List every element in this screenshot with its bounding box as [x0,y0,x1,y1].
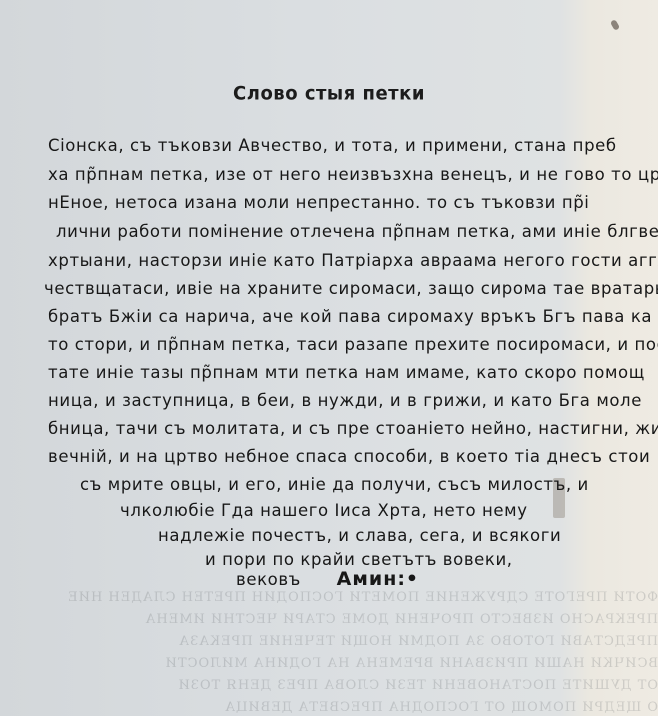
bleed-through-text: ВСИЧКИ НАШИ ПРИЗВАНИ ВРЕМЕНА НА ГОДИНА М… [0,656,658,671]
text-line: братъ Бжіи са нарича, аче кой пава сиром… [48,307,652,326]
text-line: ница, и заступница, в беи, в нужди, и в … [48,391,642,410]
text-line: хртыани, насторзи иніе като Патріарха ав… [48,251,658,270]
bleed-through-text: ПРЕДСТАВИ ГОТОВО ЗА ПОДМИ НОЩИ ТЕЧЕНИЕ П… [0,634,658,649]
closing-mark: :• [397,568,419,590]
closing-line: вековъ Амин:• [236,568,419,590]
bleed-through-text: ФОТИ ПРЕГОТЕ СДРУЖЕНИЕ ПОМЕТИ ГОСПОДИН П… [0,590,658,605]
text-line: и пори по крайи светътъ вовеки, [205,550,513,569]
text-line: Сіонска, съ тъковзи Авчество, и тота, и … [48,136,617,155]
text-line: лични работи помінение отлечена пр̃пнам … [56,222,658,241]
bleed-through-text: ОТ ДУШИТЕ ПОСТАНОВЕНИ ТЕЗИ СЛОВА ПРЕЗ ДЕ… [0,678,658,693]
text-line: тате иніе тазы пр̃пнам мти петка нам има… [48,363,645,382]
manuscript-page: ФОТИ ПРЕГОТЕ СДРУЖЕНИЕ ПОМЕТИ ГОСПОДИН П… [0,0,658,716]
bleed-through-text: ПРЕКРАСНО ИЗВЕСТО ПРОЧЕНИ ДОМЕ СТАРИ ЧЕС… [0,612,658,627]
text-line: то стори, и пр̃пнам петка, таси разапе п… [48,335,658,354]
closing-prefix: вековъ [236,570,301,589]
text-line: надлежіе почестъ, и слава, сега, и всяко… [158,526,561,545]
page-title: Слово стыя петки [0,82,658,104]
text-line: члколюбіе Гда нашего Іиса Хрта, нето нем… [120,501,528,520]
bleed-through-text: О ЩЕДРИ ПОМОЩ ОТ ГОСПОДНА ПРЕСВЕТА ДЕВИЦ… [0,700,658,715]
text-line: бница, тачи съ молитата, и съ пре стоані… [48,419,658,438]
text-line: нЕное, нетоса изана моли непрестанно. то… [48,193,590,212]
text-line: съ мрите овцы, и его, иніе да получи, съ… [80,475,589,494]
text-line: вечній, и на цртво небное спаса способи,… [48,447,650,466]
ink-spot [610,19,620,31]
text-line: чествщатаси, ивіе на храните сиромаси, з… [44,279,658,298]
text-line: ха пр̃пнам петка, изе от него неизвъзхна… [48,165,658,184]
amen-word: Амин [337,568,398,590]
